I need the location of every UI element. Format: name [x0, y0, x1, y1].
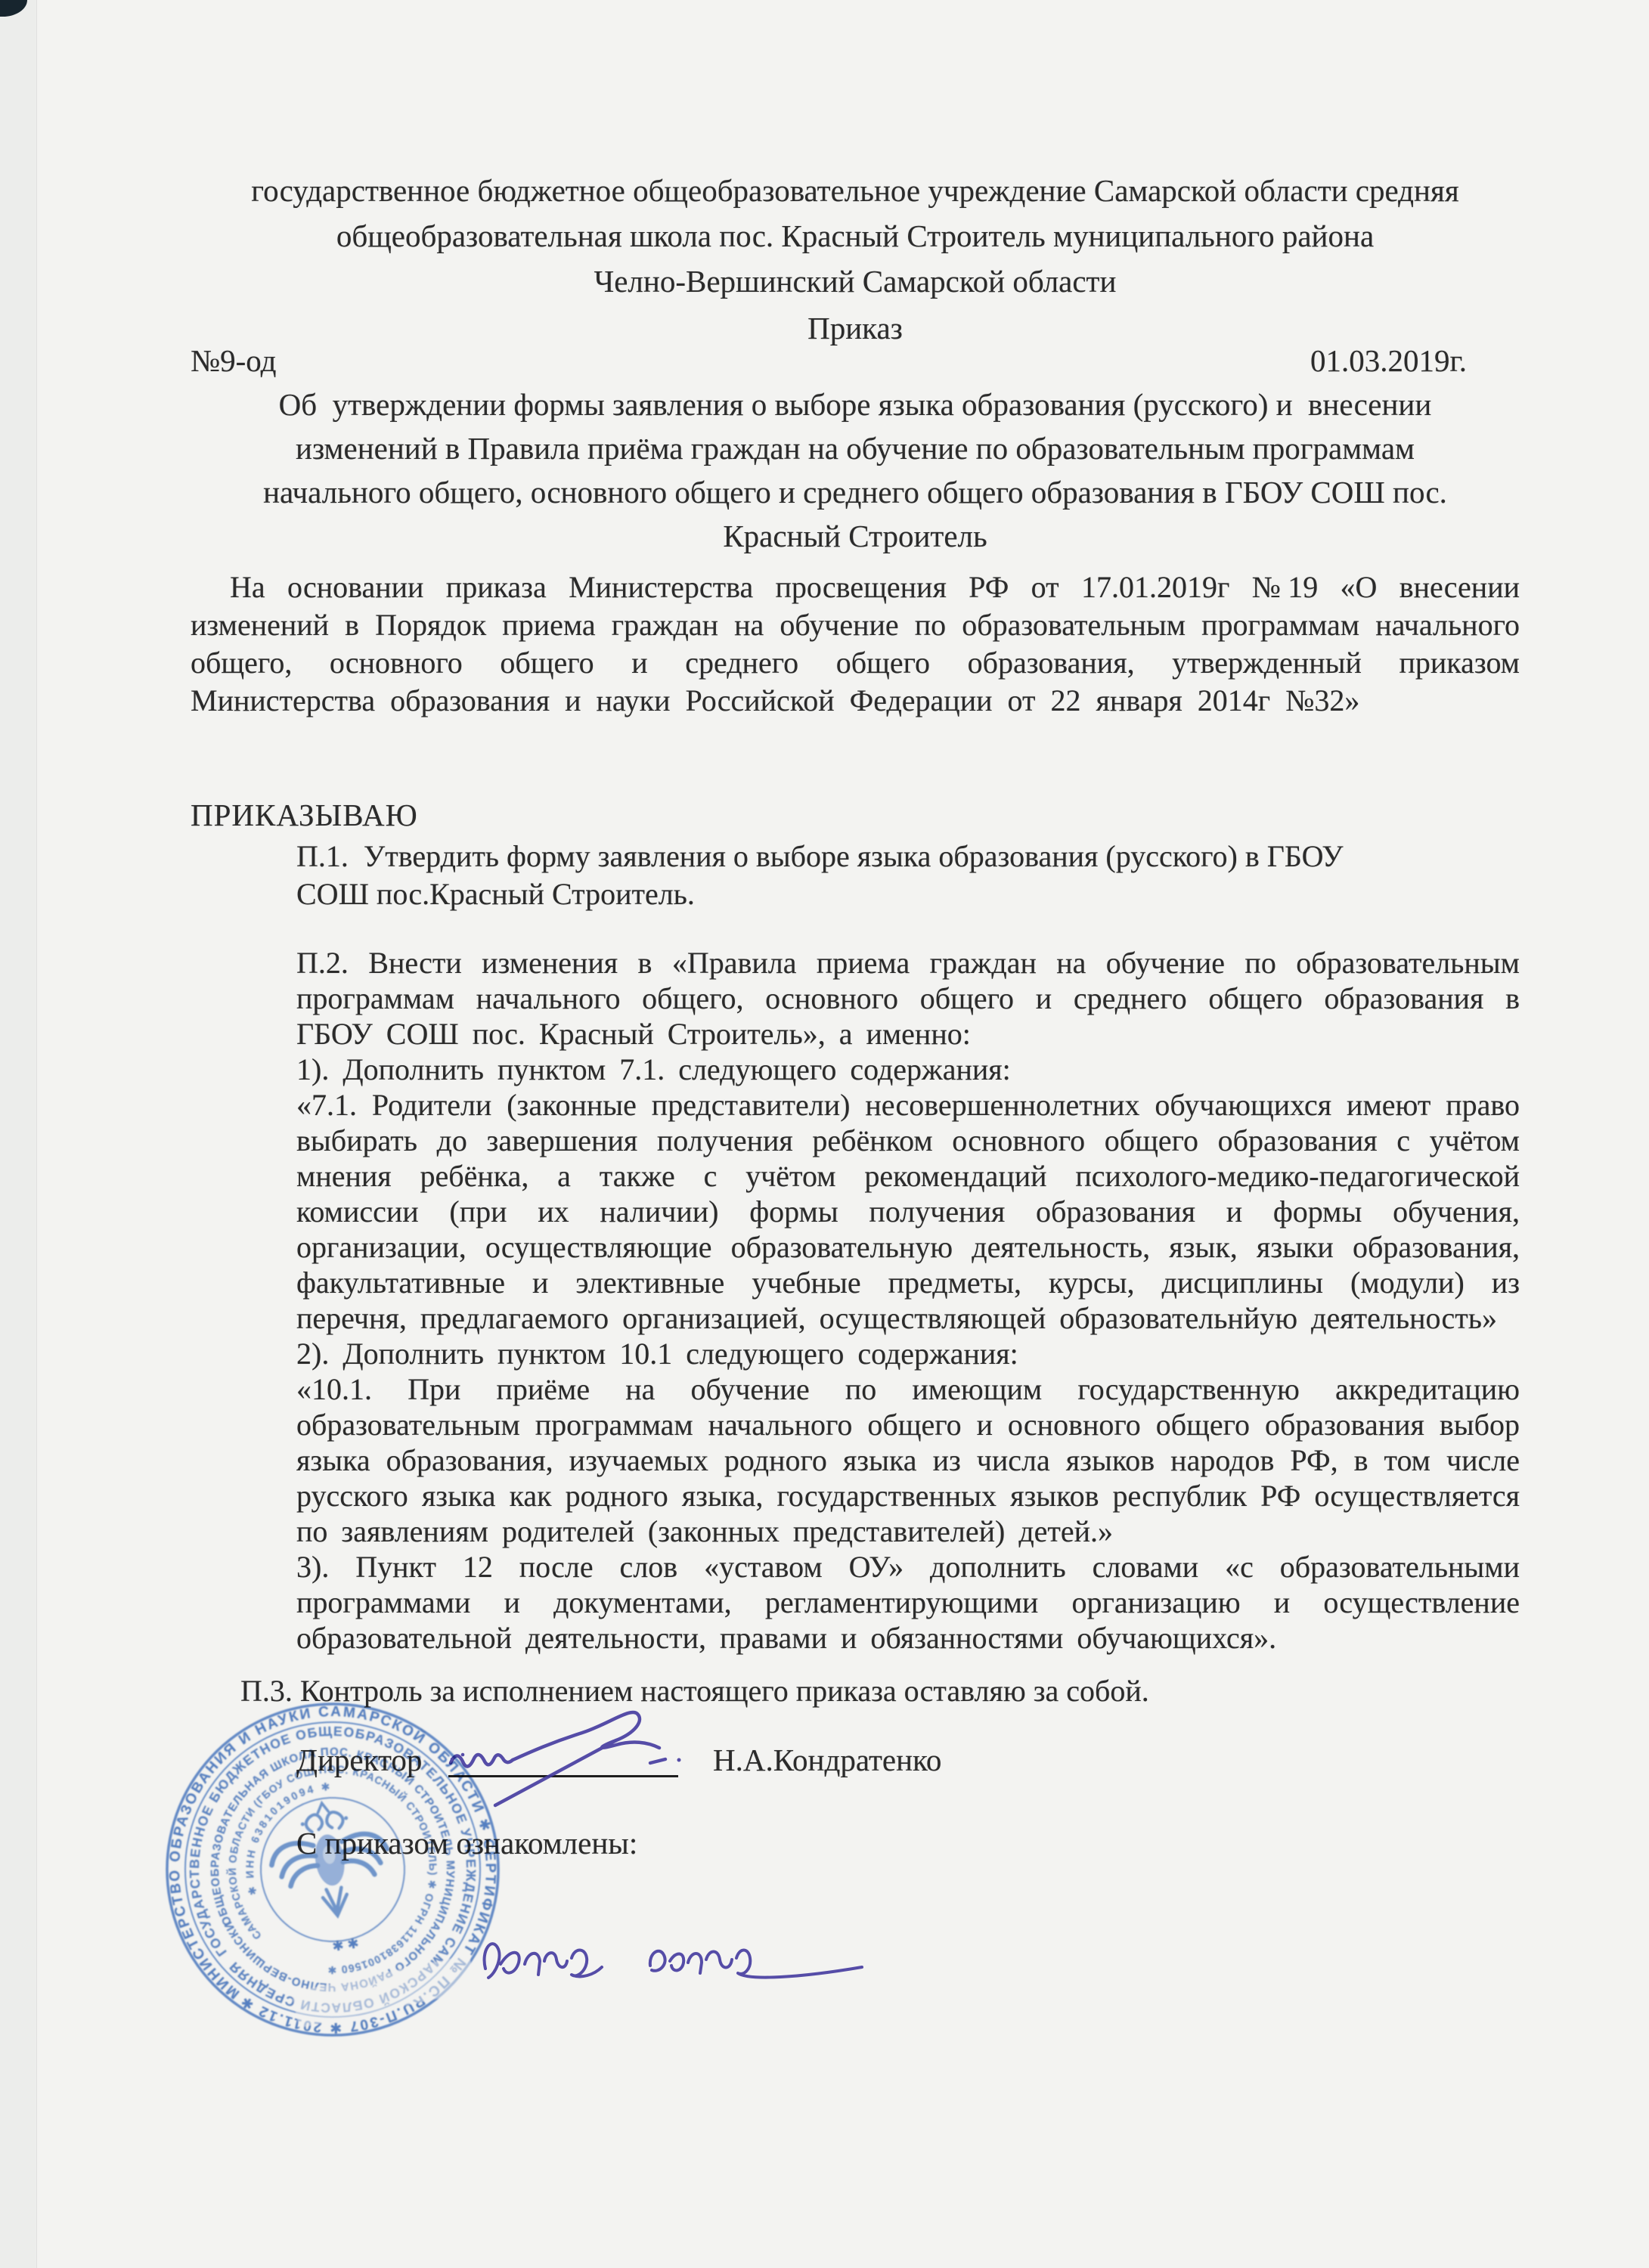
- stamp: МИНИСТЕРСТВО ОБРАЗОВАНИЯ И НАУКИ САМАРСК…: [163, 1699, 503, 2040]
- order-item-2: П.2. Внести изменения в «Правила приема …: [296, 945, 1520, 1656]
- order-word: ПРИКАЗЫВАЮ: [191, 795, 947, 835]
- order-subject-line: Красный Строитель: [191, 514, 1520, 558]
- order-item-2-sub1-heading: 1). Дополнить пунктом 7.1. следующего со…: [296, 1052, 1520, 1087]
- order-item-2-sub3-text: 3). Пункт 12 после слов «уставом ОУ» доп…: [296, 1549, 1520, 1656]
- order-subject-line: изменений в Правила приёма граждан на об…: [191, 426, 1520, 470]
- organization-name: государственное бюджетное общеобразовате…: [191, 168, 1520, 304]
- order-item-1-line: СОШ пос.Красный Строитель.: [296, 875, 1520, 913]
- order-item-2-intro: П.2. Внести изменения в «Правила приема …: [296, 945, 1520, 1052]
- order-item-2-sub2-heading: 2). Дополнить пунктом 10.1 следующего со…: [296, 1336, 1520, 1371]
- order-item-2-sub1-text: «7.1. Родители (законные представители) …: [296, 1087, 1520, 1336]
- order-subject: Об утверждении формы заявления о выборе …: [191, 383, 1520, 558]
- order-document: государственное бюджетное общеобразовате…: [0, 0, 1649, 2268]
- order-item-2-sub2-text: «10.1. При приёме на обучение по имеющим…: [296, 1371, 1520, 1549]
- organization-name-line: общеобразовательная школа пос. Красный С…: [191, 213, 1520, 259]
- stamp-separator-marks: ✱ ✱: [331, 1935, 360, 1954]
- organization-name-line: Челно-Вершинский Самарской области: [191, 259, 1520, 304]
- organization-name-line: государственное бюджетное общеобразовате…: [191, 168, 1520, 213]
- handwritten-note: [475, 1920, 883, 2011]
- preamble-paragraph: На основании приказа Министерства просве…: [191, 569, 1520, 720]
- order-number: №9-од: [191, 342, 276, 380]
- stamp-emblem-eagle-icon: [264, 1795, 395, 1923]
- order-subject-line: начального общего, основного общего и ср…: [191, 470, 1520, 514]
- number-date-row: №9-од 01.03.2019г.: [191, 342, 1467, 380]
- scanned-document-page: государственное бюджетное общеобразовате…: [0, 0, 1649, 2268]
- order-item-1: П.1. Утвердить форму заявления о выборе …: [296, 838, 1520, 913]
- order-item-1-line: П.1. Утвердить форму заявления о выборе …: [296, 838, 1520, 875]
- order-subject-line: Об утверждении формы заявления о выборе …: [191, 383, 1520, 426]
- order-date: 01.03.2019г.: [1310, 342, 1467, 380]
